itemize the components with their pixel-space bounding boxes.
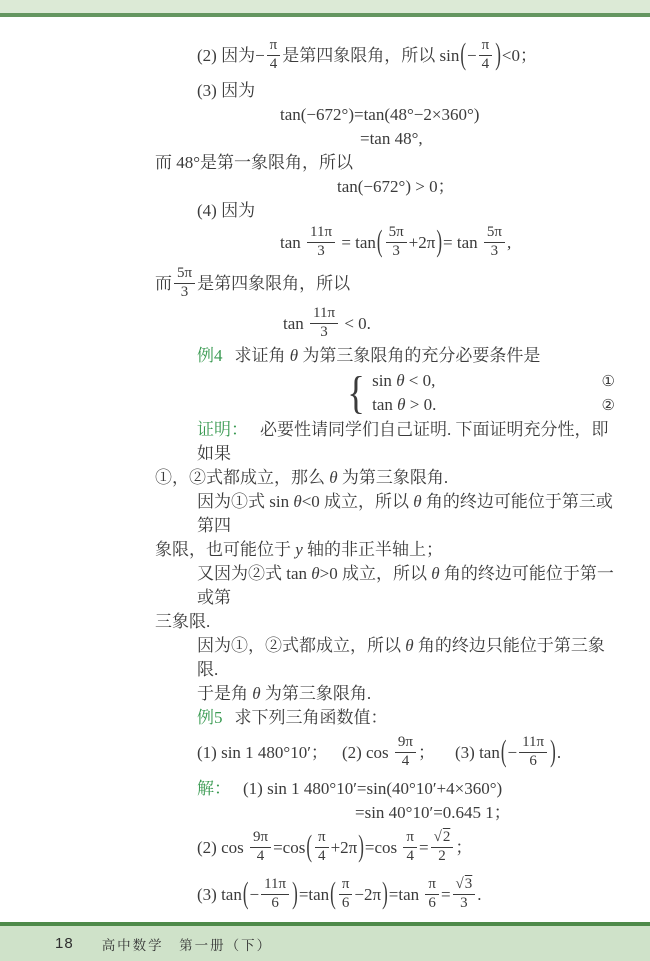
fraction-11pi-6: 11π6: [261, 877, 289, 912]
fraction-pi-6: π6: [339, 877, 353, 912]
theta-variable: θ: [290, 346, 298, 365]
numerator: 5π: [484, 225, 505, 242]
denominator: 6: [519, 752, 547, 770]
run: < 0.: [340, 314, 371, 333]
fraction-9pi-4: 9π4: [250, 830, 271, 865]
denominator: 3: [453, 894, 476, 912]
footer: 18 高中数学 第一册（下）: [0, 926, 650, 961]
system-rows: sin θ < 0,tan θ > 0.: [372, 369, 436, 417]
run: tan: [280, 233, 305, 252]
theta-variable: θ: [431, 564, 439, 583]
denominator: 3: [386, 242, 407, 260]
denominator: 4: [403, 847, 417, 865]
proof-line-1: 证明：必要性请同学们自己证明. 下面证明充分性，即如果: [155, 418, 621, 466]
run: 是第四象限角，所以 sin: [282, 46, 459, 65]
run: 因为①式 sin: [197, 492, 293, 511]
para-item2: (2) 因为−π4是第四象限角，所以 sin(−π4)<0；: [155, 34, 621, 79]
run: .: [477, 885, 481, 904]
theta-variable: θ: [293, 492, 301, 511]
example4-label: 例4: [197, 346, 223, 365]
denominator: 4: [479, 55, 493, 73]
fraction-11pi-3: 11π3: [310, 306, 338, 341]
right-paren: ): [550, 711, 556, 794]
run: −: [508, 743, 518, 762]
run: .: [557, 743, 561, 762]
run: 象限，也可能位于: [155, 540, 295, 559]
denominator: 6: [261, 894, 289, 912]
run: 轴的非正半轴上；: [303, 540, 443, 559]
solution-line-2: =sin 40°10′=0.645 1；: [155, 801, 621, 825]
page-number: 18: [55, 935, 74, 952]
theta-variable: θ: [311, 564, 319, 583]
numerator: π: [425, 877, 439, 894]
numerator: 5π: [386, 225, 407, 242]
left-paren: (: [306, 806, 312, 889]
run: =tan: [299, 885, 329, 904]
proof-line-4: 象限，也可能位于 y 轴的非正半轴上；: [155, 538, 621, 562]
fraction-pi-4: π4: [479, 38, 493, 73]
run: ；: [455, 838, 472, 857]
fraction-5pi-3: 5π3: [484, 225, 505, 260]
denominator: 3: [484, 242, 505, 260]
run: 又因为②式 tan: [197, 564, 311, 583]
numerator: π: [479, 38, 493, 55]
fraction-sqrt2-2: √22: [431, 830, 454, 865]
denominator: 4: [395, 752, 416, 770]
numerator: 9π: [395, 735, 416, 752]
para-while48: 而 48°是第一象限角，所以: [155, 151, 621, 175]
run: 为第三象限角.: [338, 468, 449, 487]
run: 是第四象限角，所以: [197, 274, 350, 293]
equation-11pi: tan 11π3 = tan(5π3+2π)= tan 5π3,: [155, 223, 621, 264]
run: 为第三象限角的充分必要条件是: [298, 346, 540, 365]
fraction-5pi-3: 5π3: [386, 225, 407, 260]
top-band: [0, 0, 650, 13]
run: (2) cos: [342, 743, 393, 762]
proof-line-6: 三象限.: [155, 610, 621, 634]
denominator: 6: [425, 894, 439, 912]
run: <0；: [502, 46, 537, 65]
run: 因为①，②式都成立，所以: [197, 636, 405, 655]
numerator: π: [267, 38, 281, 55]
run: (4) 因为: [197, 201, 255, 220]
problem-3: (3) tan(−11π6).: [455, 743, 561, 762]
denominator: 4: [250, 847, 271, 865]
numerator: √3: [453, 877, 476, 894]
run: tan: [283, 314, 308, 333]
run: =tan 48°,: [360, 129, 423, 148]
run: ；: [418, 743, 435, 762]
run: −: [467, 46, 477, 65]
run: 为第三象限角.: [261, 684, 372, 703]
run: 三象限.: [155, 612, 210, 631]
proof-line-7: 因为①，②式都成立，所以 θ 角的终边只能位于第三象限.: [155, 634, 621, 682]
system-row-2: tan θ > 0.: [372, 393, 436, 417]
run: tan: [372, 395, 397, 414]
para-item4: (4) 因为: [155, 199, 621, 223]
run: =sin 40°10′=0.645 1；: [355, 803, 511, 822]
denominator: 2: [431, 847, 454, 865]
denominator: 4: [315, 847, 329, 865]
run: (3) 因为: [197, 81, 255, 100]
run: (3) tan: [455, 743, 500, 762]
run: tan(−672°) > 0；: [337, 177, 455, 196]
numerator: 11π: [519, 735, 547, 752]
run: >0 成立，所以: [320, 564, 432, 583]
proof-line-5: 又因为②式 tan θ>0 成立，所以 θ 角的终边可能位于第一或第: [155, 562, 621, 610]
fraction-pi-6: π6: [425, 877, 439, 912]
run: =tan: [389, 885, 424, 904]
run: = tan: [337, 233, 376, 252]
right-paren: ): [436, 206, 442, 278]
problems-line: (1) sin 1 480°10′；(2) cos 9π4；(3) tan(−1…: [155, 730, 621, 777]
fraction-9pi-4: 9π4: [395, 735, 416, 770]
numerator: π: [339, 877, 353, 894]
equation-672-b: =tan 48°,: [155, 127, 621, 151]
sqrt-icon: √: [434, 830, 442, 846]
numerator: 11π: [307, 225, 335, 242]
fraction-11pi-3: 11π3: [307, 225, 335, 260]
proof-line-8: 于是角 θ 为第三象限角.: [155, 682, 621, 706]
denominator: 6: [339, 894, 353, 912]
numerator: √2: [431, 830, 454, 847]
run: 求下列三角函数值：: [235, 708, 388, 727]
numerator: 5π: [174, 266, 195, 283]
numerator: 11π: [310, 306, 338, 323]
radicand: 3: [465, 876, 473, 892]
sqrt-icon: √: [456, 877, 464, 893]
run: < 0,: [405, 371, 436, 390]
solution-label: 解：: [197, 779, 231, 798]
right-paren: ): [358, 806, 364, 889]
left-paren: (: [460, 15, 466, 94]
fraction-pi-4: π4: [315, 830, 329, 865]
fraction-sqrt3-3: √33: [453, 877, 476, 912]
equation-system: { sin θ < 0,tan θ > 0. ①②: [155, 368, 621, 418]
run: ,: [507, 233, 511, 252]
run: 求证角: [235, 346, 290, 365]
run: > 0.: [405, 395, 436, 414]
left-paren: (: [501, 711, 507, 794]
run: (1) sin 1 480°10′=sin(40°10′+4×360°): [243, 779, 502, 798]
run: 必要性请同学们自己证明. 下面证明充分性，即如果: [197, 420, 609, 463]
y-variable: y: [295, 540, 303, 559]
denominator: 4: [267, 55, 281, 73]
equation-11pi-b: tan 11π3 < 0.: [155, 304, 621, 344]
fraction-pi-4: π4: [267, 38, 281, 73]
run: <0 成立，所以: [302, 492, 414, 511]
problem-2: (2) cos 9π4；: [342, 743, 435, 762]
equation-672-a: tan(−672°)=tan(48°−2×360°): [155, 103, 621, 127]
theta-variable: θ: [329, 468, 337, 487]
denominator: 3: [310, 323, 338, 341]
book-title: 高中数学 第一册（下）: [102, 934, 273, 954]
example5-label: 例5: [197, 708, 223, 727]
right-paren: ): [495, 15, 501, 94]
denominator: 3: [174, 283, 195, 301]
run: sin: [372, 371, 396, 390]
equation-marks: ①②: [602, 370, 615, 418]
run: +2π: [409, 233, 436, 252]
numerator: π: [315, 830, 329, 847]
numerator: π: [403, 830, 417, 847]
run: (3) tan: [197, 885, 242, 904]
system-row-1: sin θ < 0,: [372, 369, 436, 393]
example4-heading: 例4求证角 θ 为第三象限角的充分必要条件是: [155, 344, 621, 368]
numerator: 11π: [261, 877, 289, 894]
run: (2) 因为−: [197, 46, 265, 65]
proof-line-2: ①，②式都成立，那么 θ 为第三象限角.: [155, 466, 621, 490]
proof-label: 证明：: [197, 420, 248, 439]
equation-672-c: tan(−672°) > 0；: [155, 175, 621, 199]
brace-icon: {: [347, 381, 365, 405]
problem-1: (1) sin 1 480°10′；: [197, 743, 328, 762]
radicand: 2: [443, 829, 451, 845]
left-paren: (: [377, 206, 383, 278]
numerator: 9π: [250, 830, 271, 847]
proof-line-3: 因为①式 sin θ<0 成立，所以 θ 角的终边可能位于第三或第四: [155, 490, 621, 538]
textbook-page: (2) 因为−π4是第四象限角，所以 sin(−π4)<0； (3) 因为 ta…: [0, 0, 650, 961]
theta-variable: θ: [405, 636, 413, 655]
fraction-11pi-6: 11π6: [519, 735, 547, 770]
theta-variable: θ: [396, 371, 404, 390]
para-item3: (3) 因为: [155, 79, 621, 103]
fraction-5pi-3: 5π3: [174, 266, 195, 301]
run: = tan: [443, 233, 482, 252]
denominator: 3: [307, 242, 335, 260]
run: −: [250, 885, 260, 904]
run: tan(−672°)=tan(48°−2×360°): [280, 105, 479, 124]
mark-1: ①: [602, 370, 615, 394]
run: (2) cos: [197, 838, 248, 857]
para-while5pi: 而5π3是第四象限角，所以: [155, 264, 621, 304]
theta-variable: θ: [413, 492, 421, 511]
solution-line-3: (2) cos 9π4=cos(π4+2π)=cos π4=√22；: [155, 825, 621, 872]
fraction-pi-4: π4: [403, 830, 417, 865]
run: 于是角: [197, 684, 252, 703]
theta-variable: θ: [252, 684, 260, 703]
run: =cos: [273, 838, 305, 857]
run: ①，②式都成立，那么: [155, 468, 329, 487]
page-content: (2) 因为−π4是第四象限角，所以 sin(−π4)<0； (3) 因为 ta…: [155, 34, 621, 919]
solution-line-4: (3) tan(−11π6)=tan(π6−2π)=tan π6=√33.: [155, 872, 621, 919]
run: =: [441, 885, 451, 904]
run: 而: [155, 274, 172, 293]
run: 而 48°是第一象限角，所以: [155, 153, 353, 172]
top-rule: [0, 13, 650, 17]
run: =: [419, 838, 429, 857]
mark-2: ②: [602, 394, 615, 418]
